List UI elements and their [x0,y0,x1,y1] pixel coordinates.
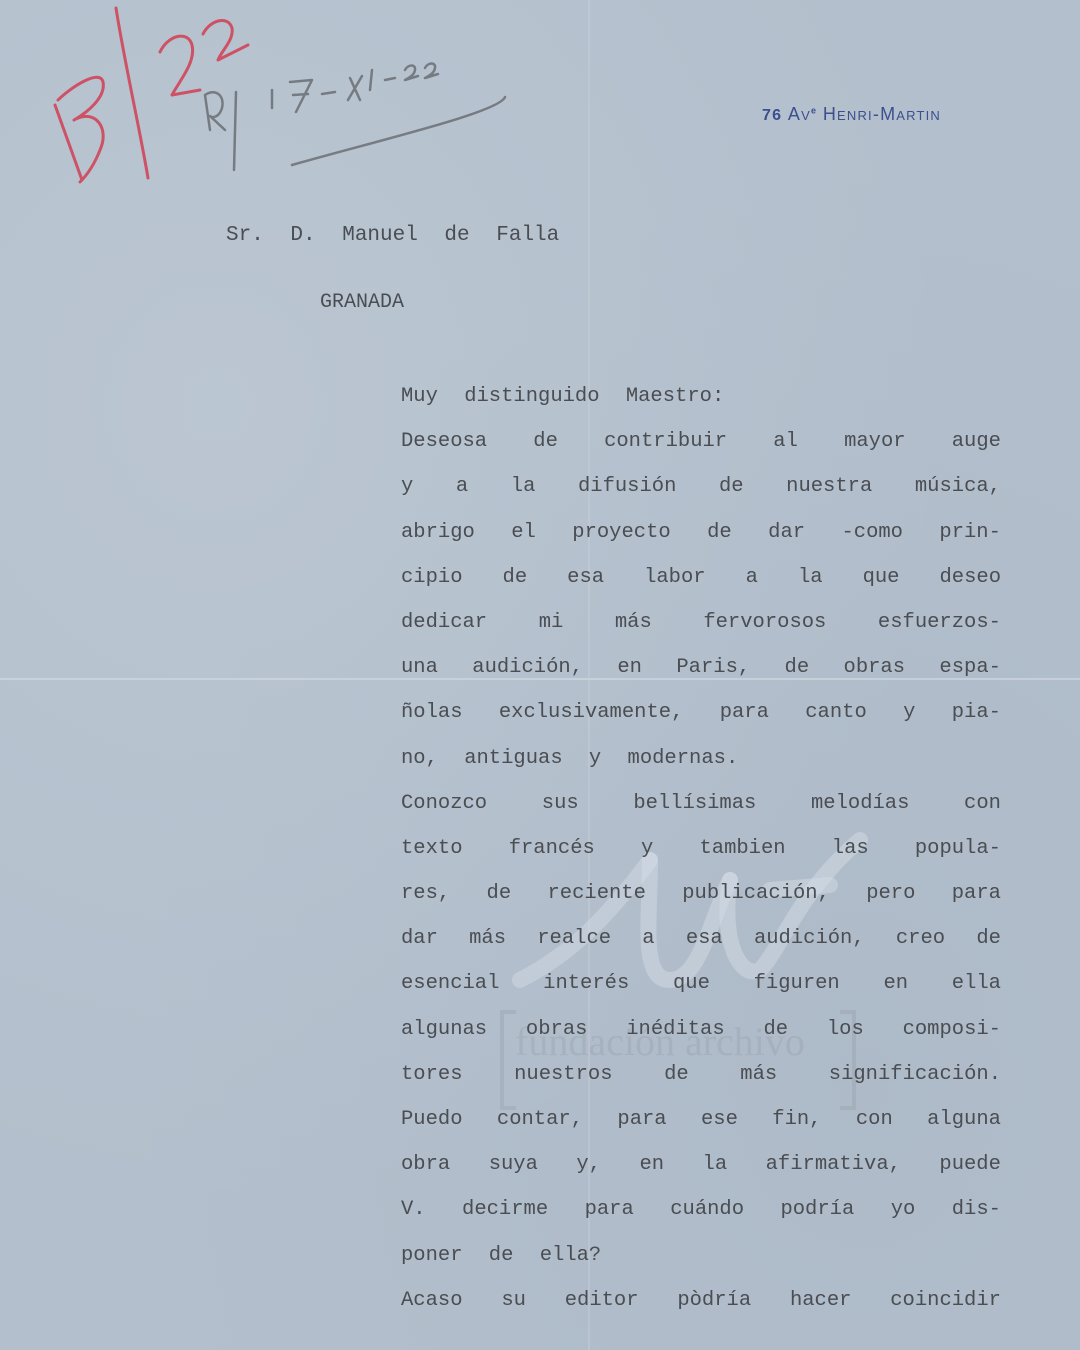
letterhead-street-name: Henri-Martin [823,104,941,124]
letter-word: composi- [903,1015,1001,1060]
letter-word: de [487,879,512,924]
letter-word: de [503,563,528,608]
letterhead-address: 76 Ave Henri-Martin [762,104,941,125]
letter-word: obras [844,653,906,698]
letter-word: significación. [829,1060,1001,1105]
letter-word: esa [686,924,723,969]
letter-line: unaaudición,enParis,deobrasespa- [401,653,1001,698]
letter-word: espa- [939,653,1001,698]
letter-word: de [763,1015,788,1060]
letter-word: contar, [497,1105,583,1150]
letter-word: y [641,834,653,879]
letter-line: V.decirmeparacuándopodríayodis- [401,1195,1001,1240]
letter-line: no, antiguas y modernas. [401,744,1001,789]
letter-word: esencial [401,969,499,1014]
letter-line: yaladifusióndenuestramúsica, [401,472,1001,517]
letter-word: afirmativa, [766,1150,901,1195]
letter-word: dar [768,518,805,563]
letter-word: mayor [844,427,906,472]
letter-word: y [401,472,413,517]
letter-word: yo [891,1195,916,1240]
letter-word: fervorosos [703,608,826,653]
letter-word: Paris, [676,653,750,698]
letter-line: textofrancésytambienlaspopula- [401,834,1001,879]
letter-word: hacer [790,1286,852,1331]
letter-line: Deseosadecontribuiralmayorauge [401,427,1001,472]
letter-word: la [798,563,823,608]
letterhead-street-prefix: Av [788,104,811,124]
letter-word: dedicar [401,608,487,653]
letter-word: contribuir [604,427,727,472]
letter-line: dedicarmimásfervorososesfuerzos- [401,608,1001,653]
letter-line: poner de ella? [401,1241,1001,1286]
letter-word: texto [401,834,463,879]
letter-word: coincidir [890,1286,1001,1331]
letter-word: nuestra [786,472,872,517]
letter-word: figuren [754,969,840,1014]
letter-word: reciente [547,879,645,924]
letter-word: dis- [952,1195,1001,1240]
letter-word: Deseosa [401,427,487,472]
letter-word: abrigo [401,518,475,563]
letter-word: cipio [401,563,463,608]
letter-word: Puedo [401,1105,463,1150]
salutation: Muy distinguido Maestro: [401,382,1001,427]
letter-word: alguna [927,1105,1001,1150]
letter-word: publicación, [682,879,830,924]
letter-word: canto [805,698,867,743]
letter-word: más [469,924,506,969]
letter-word: música, [915,472,1001,517]
letter-word: con [856,1105,893,1150]
letter-word: puede [939,1150,1001,1195]
letter-word: la [511,472,536,517]
letter-word: audición, [754,924,865,969]
letter-body: Muy distinguido Maestro: Deseosadecontri… [401,382,1001,1331]
grey-pencil-date [205,64,505,171]
letter-word: que [863,563,900,608]
letter-word: proyecto [572,518,670,563]
letter-word: para [952,879,1001,924]
letter-word: los [827,1015,864,1060]
letter-word: tores [401,1060,463,1105]
letter-word: interés [543,969,629,1014]
letter-word: exclusivamente, [499,698,684,743]
letter-word: una [401,653,438,698]
letter-word: creo [896,924,945,969]
letterhead-street-prefix-sup: e [811,106,817,116]
letter-word: obras [526,1015,588,1060]
letter-word: su [501,1286,526,1331]
letter-word: cuándo [670,1195,744,1240]
letter-word: algunas [401,1015,487,1060]
letter-line: Acasosueditorpòdríahacercoincidir [401,1286,1001,1331]
letter-word: al [773,427,798,472]
letter-word: de [707,518,732,563]
handwritten-annotations [0,0,700,200]
recipient-city: GRANADA [320,291,404,314]
letter-word: para [585,1195,634,1240]
letter-word: labor [644,563,706,608]
letter-word: tambien [699,834,785,879]
letter-word: editor [565,1286,639,1331]
letter-word: deseo [939,563,1001,608]
letter-word: dar [401,924,438,969]
letter-line: Conozcosusbellísimasmelodíascon [401,789,1001,834]
letter-word: ñolas [401,698,463,743]
letter-word: con [964,789,1001,834]
letter-word: auge [952,427,1001,472]
letterhead-number: 76 [762,107,782,124]
letter-line: ñolasexclusivamente,paracantoypia- [401,698,1001,743]
letter-word: de [785,653,810,698]
letter-word: podría [780,1195,854,1240]
letter-word: -como [841,518,903,563]
letter-word: más [615,608,652,653]
letter-line: cipiodeesalaboralaquedeseo [401,563,1001,608]
letter-word: Acaso [401,1286,463,1331]
letter-word: fin, [772,1105,821,1150]
letter-word: melodías [811,789,909,834]
letter-word: más [740,1060,777,1105]
letter-word: sus [542,789,579,834]
letter-word: res, [401,879,450,924]
letter-line: Puedocontar,paraesefin,conalguna [401,1105,1001,1150]
letter-word: en [639,1150,664,1195]
letter-word: las [832,834,869,879]
letter-word: el [511,518,536,563]
letter-word: audición, [472,653,583,698]
letter-word: ese [701,1105,738,1150]
letter-word: francés [509,834,595,879]
letter-word: a [746,563,758,608]
letter-line: toresnuestrosdemássignificación. [401,1060,1001,1105]
letter-word: V. [401,1195,426,1240]
letter-word: popula- [915,834,1001,879]
letter-word: pero [866,879,915,924]
letter-word: bellísimas [633,789,756,834]
letter-line: algunasobrasinéditasdeloscomposi- [401,1015,1001,1060]
letter-word: suya [489,1150,538,1195]
letter-word: de [664,1060,689,1105]
letter-line: esencialinterésquefigurenenella [401,969,1001,1014]
letter-word: en [617,653,642,698]
letter-word: y [903,698,915,743]
letter-word: prin- [939,518,1001,563]
letter-word: y, [576,1150,601,1195]
letter-word: mi [539,608,564,653]
letter-word: Conozco [401,789,487,834]
letter-word: para [720,698,769,743]
letter-line: darmásrealceaesaaudición,creode [401,924,1001,969]
letter-line: obrasuyay,enlaafirmativa,puede [401,1150,1001,1195]
letter-word: de [976,924,1001,969]
letter-word: de [719,472,744,517]
letter-word: pia- [952,698,1001,743]
recipient-name: Sr. D. Manuel de Falla [226,224,559,247]
letter-word: inéditas [626,1015,724,1060]
letter-word: que [673,969,710,1014]
letter-line: res,derecientepublicación,peropara [401,879,1001,924]
letter-word: la [703,1150,728,1195]
letter-word: decirme [462,1195,548,1240]
letter-word: a [456,472,468,517]
letter-word: ella [952,969,1001,1014]
letter-word: de [533,427,558,472]
letter-word: esfuerzos- [878,608,1001,653]
letter-word: para [617,1105,666,1150]
letter-word: en [883,969,908,1014]
letter-word: esa [567,563,604,608]
letter-word: nuestros [514,1060,612,1105]
letter-word: pòdría [677,1286,751,1331]
letter-word: obra [401,1150,450,1195]
letter-line: abrigoelproyectodedar-comoprin- [401,518,1001,563]
letter-word: difusión [578,472,676,517]
letter-word: a [642,924,654,969]
letter-word: realce [537,924,611,969]
